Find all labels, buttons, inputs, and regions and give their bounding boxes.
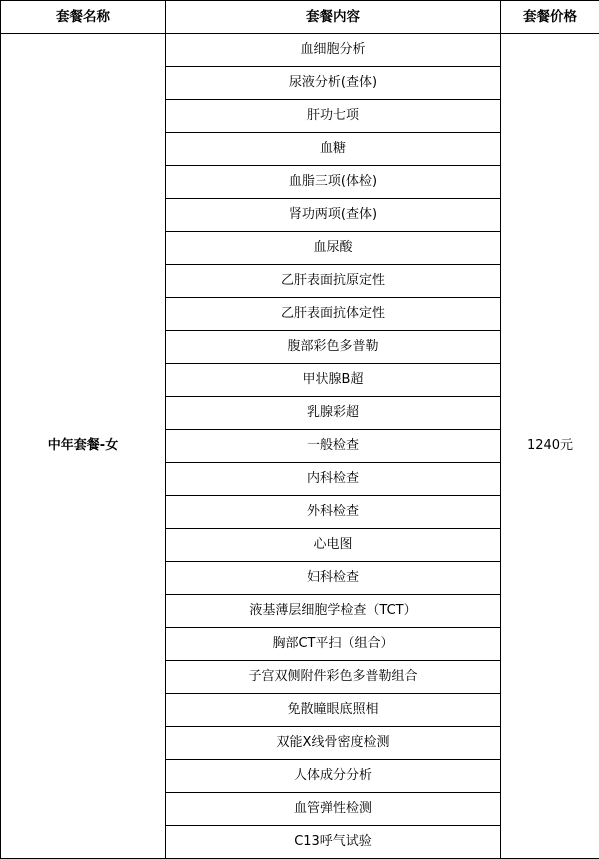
- package-table: 套餐名称 套餐内容 套餐价格 中年套餐-女血细胞分析1240元尿液分析(查体)肝…: [0, 0, 599, 859]
- package-item-cell: 甲状腺B超: [166, 364, 501, 397]
- package-item-cell: 外科检查: [166, 496, 501, 529]
- package-item-cell: 液基薄层细胞学检查（TCT）: [166, 595, 501, 628]
- package-item-cell: 血脂三项(体检): [166, 166, 501, 199]
- package-price-cell: 1240元: [501, 34, 599, 859]
- package-item-cell: 血细胞分析: [166, 34, 501, 67]
- package-item-cell: 乳腺彩超: [166, 397, 501, 430]
- package-item-cell: 血管弹性检测: [166, 793, 501, 826]
- package-item-cell: 子宫双侧附件彩色多普勒组合: [166, 661, 501, 694]
- package-item-cell: 一般检查: [166, 430, 501, 463]
- header-package-price: 套餐价格: [501, 1, 599, 34]
- package-item-cell: 双能X线骨密度检测: [166, 727, 501, 760]
- table-row: 中年套餐-女血细胞分析1240元: [1, 34, 599, 67]
- package-item-cell: C13呼气试验: [166, 826, 501, 859]
- package-item-cell: 血糖: [166, 133, 501, 166]
- package-item-cell: 血尿酸: [166, 232, 501, 265]
- header-package-name: 套餐名称: [1, 1, 166, 34]
- package-item-cell: 免散瞳眼底照相: [166, 694, 501, 727]
- package-item-cell: 乙肝表面抗体定性: [166, 298, 501, 331]
- package-name-cell: 中年套餐-女: [1, 34, 166, 859]
- package-item-cell: 人体成分分析: [166, 760, 501, 793]
- package-item-cell: 肝功七项: [166, 100, 501, 133]
- package-item-cell: 胸部CT平扫（组合）: [166, 628, 501, 661]
- header-row: 套餐名称 套餐内容 套餐价格: [1, 1, 599, 34]
- package-item-cell: 乙肝表面抗原定性: [166, 265, 501, 298]
- table-body: 中年套餐-女血细胞分析1240元尿液分析(查体)肝功七项血糖血脂三项(体检)肾功…: [1, 34, 599, 859]
- package-item-cell: 内科检查: [166, 463, 501, 496]
- package-item-cell: 心电图: [166, 529, 501, 562]
- package-item-cell: 肾功两项(查体): [166, 199, 501, 232]
- package-item-cell: 妇科检查: [166, 562, 501, 595]
- header-package-content: 套餐内容: [166, 1, 501, 34]
- package-item-cell: 腹部彩色多普勒: [166, 331, 501, 364]
- package-item-cell: 尿液分析(查体): [166, 67, 501, 100]
